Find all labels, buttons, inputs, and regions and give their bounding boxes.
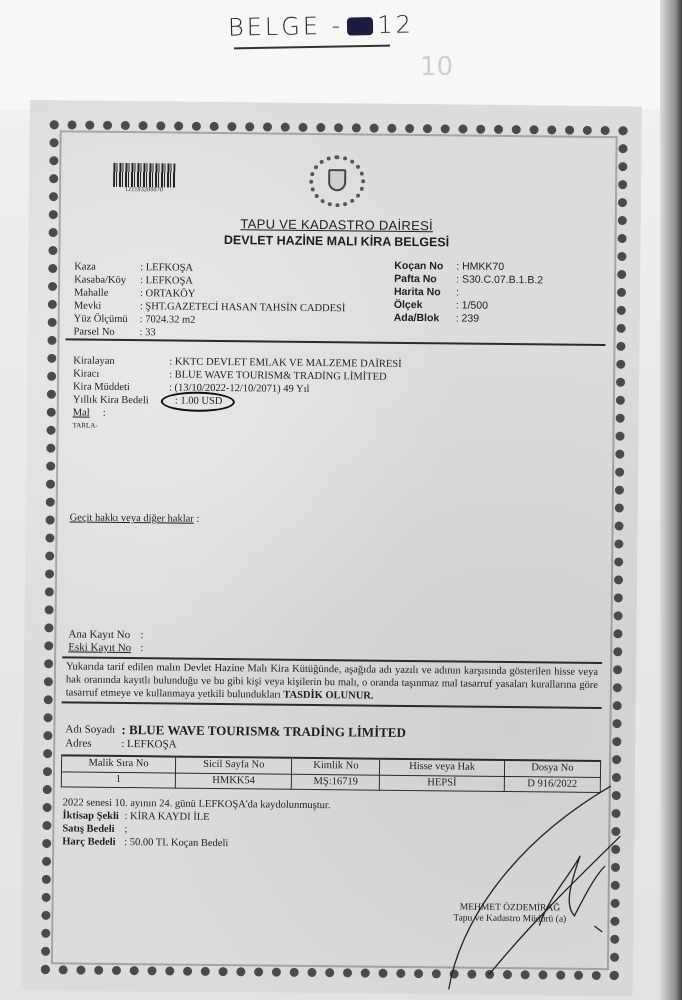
- registration-info: 2022 senesi 10. ayının 24. günü LEFKOŞA'…: [62, 796, 330, 851]
- col-malik-sira-no: Malik Sıra No: [61, 755, 175, 772]
- shield-icon: [328, 169, 346, 191]
- lease-details: Kiralayan: KKTC DEVLET EMLAK VE MALZEME …: [73, 354, 402, 435]
- owner-info: Adı Soyadı: BLUE WAVE TOURISM& TRADİNG L…: [61, 722, 601, 756]
- signatory-title: Tapu ve Kadastro Müdürü (a): [453, 913, 566, 925]
- signatory-block: MEHMET ÖZDEMİRAĞ Tapu ve Kadastro Müdürü…: [453, 902, 566, 925]
- barcode-digits: 121193200070: [113, 187, 175, 195]
- faint-page-number: 10: [420, 52, 453, 82]
- lease-certificate: 121193200070 TAPU VE KADASTRO DAİRESİ DE…: [21, 100, 642, 996]
- rights-field: Geçit hakkı veya diğer haklar :: [70, 512, 200, 526]
- field-ada-blok: Ada/Blok: 239: [394, 312, 543, 327]
- approval-stamp: TASDİK OLUNUR.: [283, 690, 373, 702]
- property-registry: Koçan No: HMKK70 Pafta No: S30.C.07.B.1.…: [394, 260, 544, 327]
- mal-type: TARLA-: [73, 419, 401, 435]
- handwritten-label: BELGE -12: [228, 10, 414, 41]
- rights-label: Geçit hakkı veya diğer haklar: [70, 512, 194, 524]
- handwritten-label-prefix: BELGE -: [228, 12, 344, 42]
- scribble-mark: [347, 17, 373, 35]
- field-harc-bedeli: Harç Bedeli: 50.00 TL Koçan Bedeli: [62, 835, 330, 851]
- circled-rent-value: : 1.00 USD: [169, 394, 229, 408]
- rights-value: :: [196, 514, 199, 525]
- state-emblem-icon: [309, 155, 366, 208]
- document-header: TAPU VE KADASTRO DAİRESİ DEVLET HAZİNE M…: [66, 214, 606, 251]
- field-eski-kayit: Eski Kayıt No:: [68, 641, 143, 655]
- page-stack-edge: [660, 0, 682, 1000]
- barcode: 121193200070: [113, 163, 175, 198]
- record-numbers: Ana Kayıt No: Eski Kayıt No:: [68, 628, 143, 655]
- field-ana-kayit: Ana Kayıt No:: [68, 628, 143, 642]
- approval-statement: Yukarıda tarif edilen malın Devlet Hazin…: [62, 656, 602, 709]
- col-sicil-sayfa-no: Sicil Sayfa No: [176, 757, 292, 774]
- certificate-content: 121193200070 TAPU VE KADASTRO DAİRESİ DE…: [59, 140, 608, 966]
- property-location: Kaza: LEFKOŞA Kasaba/Köy: LEFKOŞA Mahall…: [74, 260, 346, 341]
- col-kimlik-no: Kimlik No: [292, 758, 380, 775]
- signature-icon: [419, 774, 631, 996]
- barcode-icon: [113, 163, 175, 188]
- handwritten-label-number: 12: [377, 10, 414, 39]
